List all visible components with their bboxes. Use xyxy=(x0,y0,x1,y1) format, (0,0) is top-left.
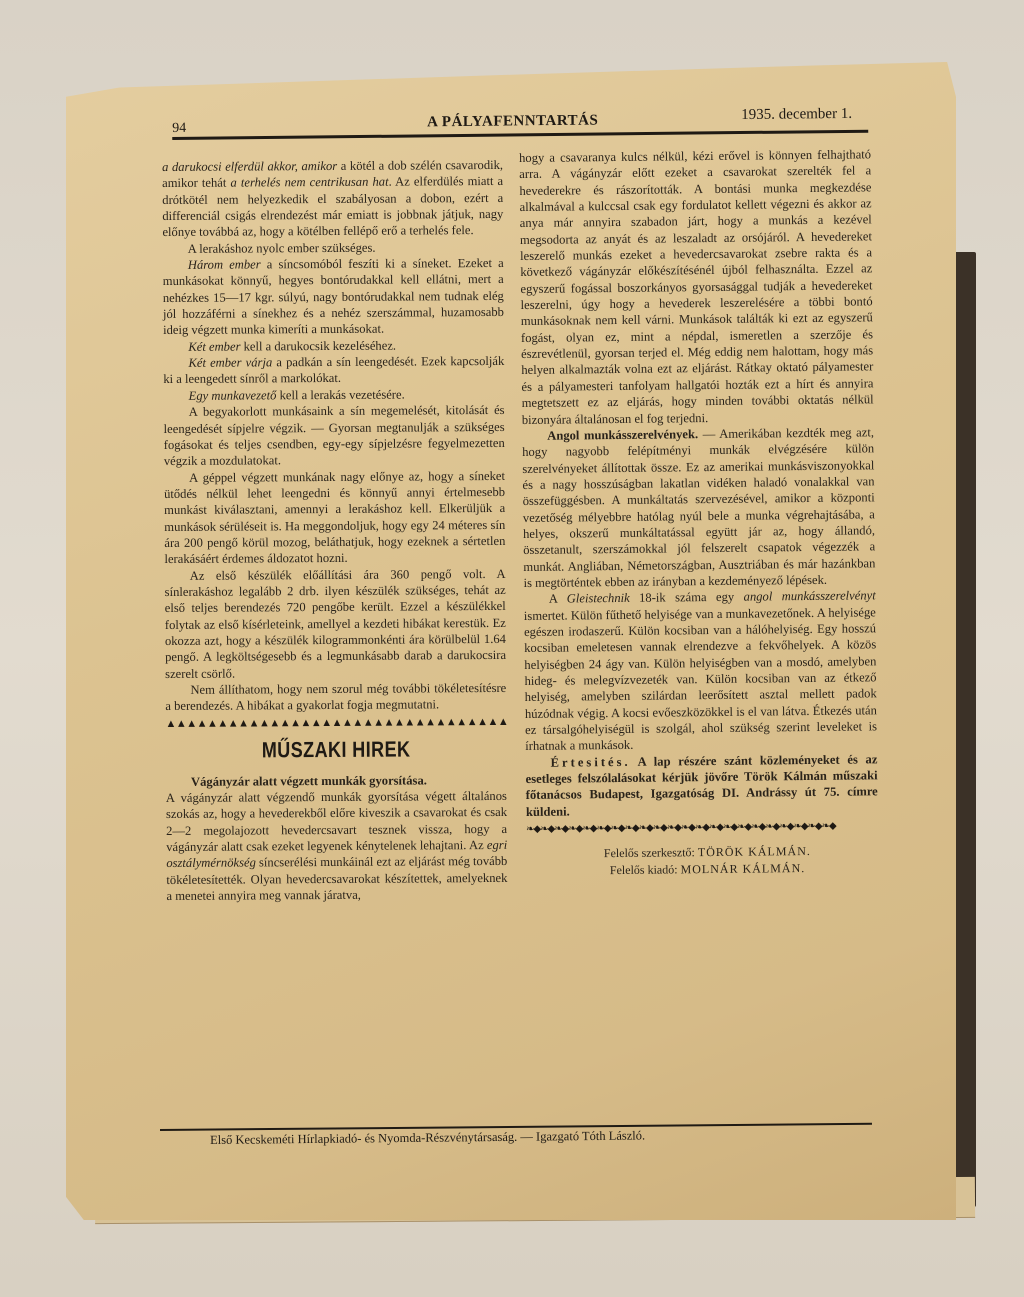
ornament-divider: ❧◆❧◆❧◆❧◆❧◆❧◆❧◆❧◆❧◆❧◆❧◆❧◆❧◆❧◆❧◆❧◆❧◆❧◆❧◆❧◆… xyxy=(526,820,878,836)
page-number: 94 xyxy=(172,121,186,137)
paragraph: Három ember a síncsomóból feszíti ki a s… xyxy=(163,255,504,339)
journal-title: A PÁLYAFENNTARTÁS xyxy=(427,113,598,132)
paragraph: A begyakorlott munkásaink a sín megemelé… xyxy=(163,402,504,469)
issue-date: 1935. december 1. xyxy=(741,106,852,124)
triangle-divider: ▲▲▲▲▲▲▲▲▲▲▲▲▲▲▲▲▲▲▲▲▲▲▲▲▲▲▲▲▲▲▲▲▲▲▲▲▲▲▲▲… xyxy=(165,716,506,730)
paragraph: Nem állíthatom, hogy nem szorul még tová… xyxy=(165,680,506,715)
article-body-left: a darukocsi elferdül akkor, amikor a köt… xyxy=(162,157,506,715)
editor-label: Felelős szerkesztő: xyxy=(604,845,695,860)
paragraph: Egy munkavezető kell a lerakás vezetésér… xyxy=(163,386,504,404)
article-body-right: hogy a csavaranya kulcs nélkül, kézi erő… xyxy=(519,146,878,820)
left-column: a darukocsi elferdül akkor, amikor a köt… xyxy=(162,157,508,905)
credits: Felelős szerkesztő: TÖRÖK KÁLMÁN. Felelő… xyxy=(536,842,878,880)
paragraph: hogy a csavaranya kulcs nélkül, kézi erő… xyxy=(519,146,874,428)
paragraph: Angol munkásszerelvények. — Amerikában k… xyxy=(522,424,876,591)
section-title: MŰSZAKI HIREK xyxy=(196,736,476,764)
publisher-line: Felelős kiadó: MOLNÁR KÁLMÁN. xyxy=(536,859,878,880)
paragraph: A lerakáshoz nyolc ember szükséges. xyxy=(162,239,503,257)
publisher-name: MOLNÁR KÁLMÁN. xyxy=(680,861,805,876)
editor-name: TÖRÖK KÁLMÁN. xyxy=(698,844,811,859)
paragraph: A vágányzár alatt végzendő munkák gyorsí… xyxy=(166,788,508,904)
paragraph: Értesités. A lap részére szánt közlemény… xyxy=(525,751,878,820)
paragraph: a darukocsi elferdül akkor, amikor a köt… xyxy=(162,157,503,241)
news-body: Vágányzár alatt végzett munkák gyorsítás… xyxy=(166,772,508,905)
paragraph: A géppel végzett munkának nagy előnye az… xyxy=(164,467,506,567)
paragraph: Az első készülék előállítási ára 360 pen… xyxy=(164,566,506,682)
paragraph: A Gleistechnik 18-ik száma egy angol mun… xyxy=(524,588,878,755)
right-column: hogy a csavaranya kulcs nélkül, kézi erő… xyxy=(519,146,879,880)
paragraph: Két ember várja a padkán a sín leengedés… xyxy=(163,353,504,388)
publisher-label: Felelős kiadó: xyxy=(610,862,678,877)
paragraph: Két ember kell a darukocsik kezeléséhez. xyxy=(163,337,504,355)
